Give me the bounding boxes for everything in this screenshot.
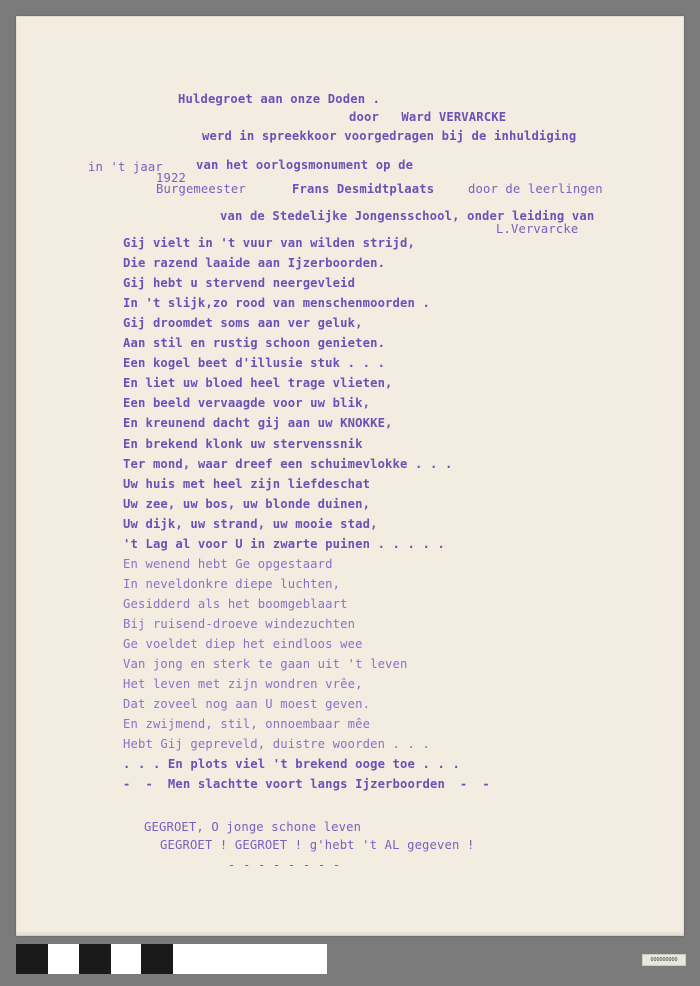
poem-line: Gij hebt u stervend neergevleid xyxy=(123,276,355,290)
document-page: Huldegroet aan onze Doden . door Ward VE… xyxy=(16,16,684,936)
intro-place: Frans Desmidtplaats xyxy=(292,182,434,196)
intro-line: van het oorlogsmonument op de xyxy=(196,158,413,172)
poem-line: In 't slijk,zo rood van menschenmoorden … xyxy=(123,296,430,310)
color-swatch xyxy=(141,944,173,974)
color-swatch xyxy=(173,944,327,974)
poem-line: En liet uw bloed heel trage vlieten, xyxy=(123,376,393,390)
poem-line: Hebt Gij gepreveld, duistre woorden . . … xyxy=(123,737,430,751)
closing-dashes: - - - - - - - - xyxy=(228,858,340,872)
poem-line: - - Men slachtte voort langs Ijzerboorde… xyxy=(123,777,490,791)
color-swatch xyxy=(79,944,111,974)
poem-line: En wenend hebt Ge opgestaard xyxy=(123,557,333,571)
intro-school: van de Stedelijke Jongensschool, onder l… xyxy=(220,209,594,223)
archive-id-tag: OOOOOOOOO xyxy=(642,954,686,966)
color-calibration-bar xyxy=(16,944,327,974)
color-swatch xyxy=(111,944,141,974)
intro-year-prefix: in 't jaar xyxy=(88,160,163,174)
intro-students: door de leerlingen xyxy=(468,182,603,196)
poem-title: Huldegroet aan onze Doden . xyxy=(178,92,380,106)
poem-line: Aan stil en rustig schoon genieten. xyxy=(123,336,385,350)
poem-line: Uw zee, uw bos, uw blonde duinen, xyxy=(123,497,370,511)
poem-line: Gij droomdet soms aan ver geluk, xyxy=(123,316,363,330)
poem-line: Gesidderd als het boomgeblaart xyxy=(123,597,348,611)
poem-line: In neveldonkre diepe luchten, xyxy=(123,577,340,591)
poem-line: Het leven met zijn wondren vrêe, xyxy=(123,677,363,691)
poem-line: Ter mond, waar dreef een schuimevlokke .… xyxy=(123,457,452,471)
intro-director: L.Vervarcke xyxy=(496,222,578,236)
poem-line: Uw dijk, uw strand, uw mooie stad, xyxy=(123,517,378,531)
poem-line: Die razend laaide aan Ijzerboorden. xyxy=(123,256,385,270)
poem-line: Van jong en sterk te gaan uit 't leven xyxy=(123,657,408,671)
poem-line: 't Lag al voor U in zwarte puinen . . . … xyxy=(123,537,445,551)
poem-line: En zwijmend, stil, onnoembaar mêe xyxy=(123,717,370,731)
intro-line: werd in spreekkoor voorgedragen bij de i… xyxy=(202,129,576,143)
closing-line: GEGROET, O jonge schone leven xyxy=(144,820,361,834)
author-line: door Ward VERVARCKE xyxy=(349,110,506,124)
closing-line: GEGROET ! GEGROET ! g'hebt 't AL gegeven… xyxy=(160,838,474,852)
color-swatch xyxy=(48,944,79,974)
poem-line: Een beeld vervaagde voor uw blik, xyxy=(123,396,370,410)
poem-line: Een kogel beet d'illusie stuk . . . xyxy=(123,356,385,370)
poem-line: Gij vielt in 't vuur van wilden strijd, xyxy=(123,236,415,250)
poem-line: . . . En plots viel 't brekend ooge toe … xyxy=(123,757,460,771)
poem-line: Dat zoveel nog aan U moest geven. xyxy=(123,697,370,711)
intro-burgemeester: Burgemeester xyxy=(156,182,246,196)
poem-line: En brekend klonk uw stervenssnik xyxy=(123,437,363,451)
poem-line: Ge voeldet diep het eindloos wee xyxy=(123,637,363,651)
poem-line: Bij ruisend-droeve windezuchten xyxy=(123,617,355,631)
color-swatch xyxy=(16,944,48,974)
poem-line: Uw huis met heel zijn liefdeschat xyxy=(123,477,370,491)
poem-line: En kreunend dacht gij aan uw KNOKKE, xyxy=(123,416,393,430)
